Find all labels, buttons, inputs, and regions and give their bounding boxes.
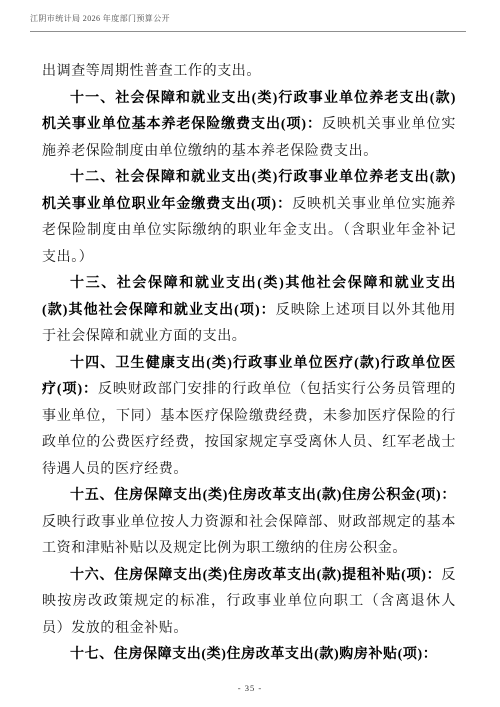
paragraph-heading: 十六、住房保障支出(类)住房改革支出(款)提租补贴(项)： <box>70 568 441 583</box>
page-header: 江阴市统计局 2026 年度部门预算公开 <box>30 8 466 32</box>
header-title: 江阴市统计局 2026 年度部门预算公开 <box>30 14 170 23</box>
paragraph-item-16: 十六、住房保障支出(类)住房改革支出(款)提租补贴(项)：反映按房改政策规定的标… <box>42 563 456 643</box>
document-page: 江阴市统计局 2026 年度部门预算公开 出调查等周期性普查工作的支出。 十一、… <box>0 0 500 707</box>
paragraph-heading: 十七、住房保障支出(类)住房改革支出(款)购房补贴(项)： <box>70 647 437 662</box>
paragraph-text: 反映行政事业单位按人力资源和社会保障部、财政部规定的基本工资和津贴补贴以及规定比… <box>42 515 456 557</box>
paragraph-text: 出调查等周期性普查工作的支出。 <box>42 64 261 79</box>
paragraph-item-11: 十一、社会保障和就业支出(类)行政事业单位养老支出(款)机关事业单位基本养老保险… <box>42 86 456 166</box>
paragraph-continuation: 出调查等周期性普查工作的支出。 <box>42 59 456 86</box>
document-body: 出调查等周期性普查工作的支出。 十一、社会保障和就业支出(类)行政事业单位养老支… <box>42 59 456 669</box>
paragraph-text: 反映财政部门安排的行政单位（包括实行公务员管理的事业单位，下同）基本医疗保险缴费… <box>42 382 456 477</box>
page-number: - 35 - <box>238 683 262 693</box>
page-footer: - 35 - <box>0 678 500 696</box>
paragraph-item-17: 十七、住房保障支出(类)住房改革支出(款)购房补贴(项)： <box>42 642 456 669</box>
paragraph-item-13: 十三、社会保障和就业支出(类)其他社会保障和就业支出(款)其他社会保障和就业支出… <box>42 271 456 351</box>
paragraph-heading: 十五、住房保障支出(类)住房改革支出(款)住房公积金(项)： <box>70 488 456 503</box>
paragraph-item-15: 十五、住房保障支出(类)住房改革支出(款)住房公积金(项)：反映行政事业单位按人… <box>42 483 456 563</box>
paragraph-item-14: 十四、卫生健康支出(类)行政事业单位医疗(款)行政单位医疗(项)：反映财政部门安… <box>42 351 456 484</box>
paragraph-item-12: 十二、社会保障和就业支出(类)行政事业单位养老支出(款)机关事业单位职业年金缴费… <box>42 165 456 271</box>
